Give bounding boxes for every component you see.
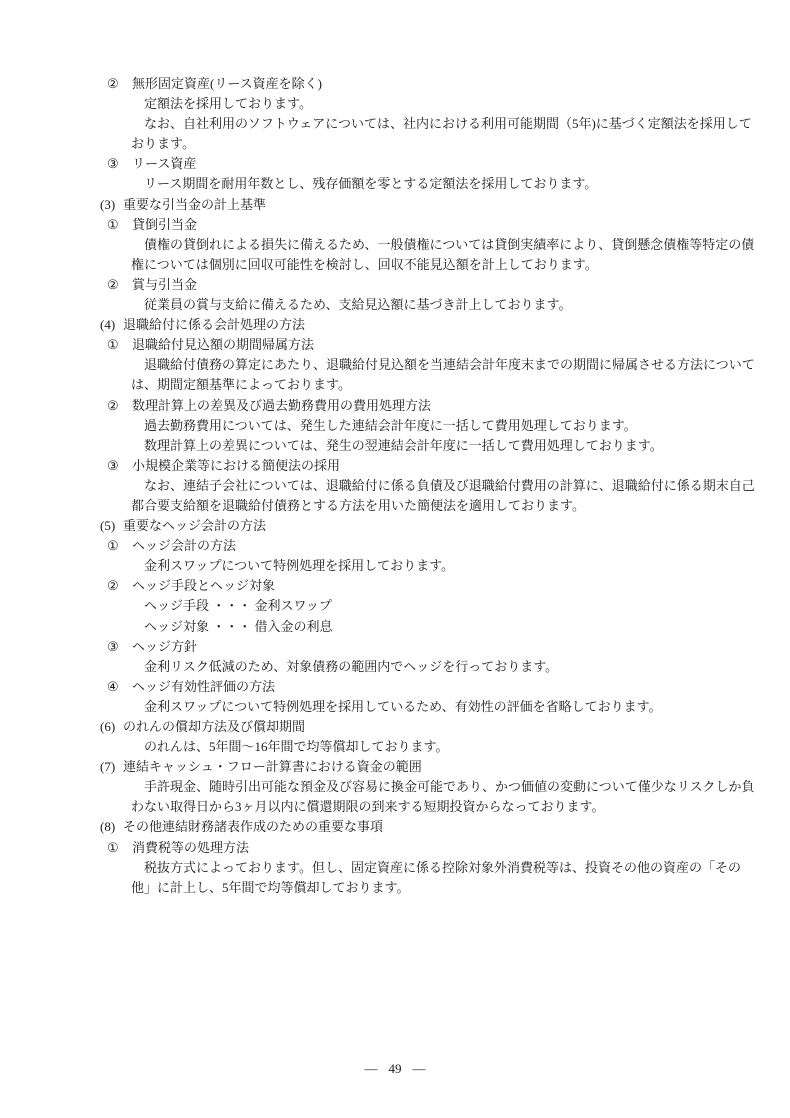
footer-dash-right: — [413, 1061, 426, 1076]
paragraph: 債権の貸倒れによる損失に備えるため、一般債権については貸倒実績率により、貸倒懸念… [131, 235, 757, 275]
paragraph: 金利スワップについて特例処理を採用しております。 [131, 556, 757, 576]
item-number-label: (7) [100, 757, 123, 777]
item-number-label: ③ [107, 456, 132, 476]
document-content: ②無形固定資産(リース資産を除く)定額法を採用しております。なお、自社利用のソフ… [0, 74, 790, 898]
item-text: のれんの償却方法及び償却期間 [123, 719, 305, 734]
paragraph: 従業員の賞与支給に備えるため、支給見込額に基づき計上しております。 [131, 295, 757, 315]
paragraph: 退職給付債務の算定にあたり、退職給付見込額を当連結会計年度末までの期間に帰属させ… [131, 355, 757, 395]
paragraph: 数理計算上の差異については、発生の翌連結会計年度に一括して費用処理しております。 [131, 436, 757, 456]
item-text: その他連結財務諸表作成のための重要な事項 [123, 819, 383, 834]
item-text: 賞与引当金 [132, 277, 197, 292]
item-text: リース期間を耐用年数とし、残存価額を零とする定額法を採用しております。 [144, 176, 597, 191]
paragraph: ヘッジ対象 ・・・ 借入金の利息 [131, 617, 757, 637]
item-text: 小規模企業等における簡便法の採用 [132, 458, 340, 473]
item-text: 貸倒引当金 [132, 217, 197, 232]
item-number-label: (5) [100, 516, 123, 536]
page-footer: —49— [0, 1059, 790, 1079]
item-text: 連結キャッシュ・フロー計算書における資金の範囲 [123, 759, 422, 774]
section-heading: (5)重要なヘッジ会計の方法 [0, 516, 790, 536]
item-text: ヘッジ有効性評価の方法 [132, 679, 275, 694]
item-text: ヘッジ手段とヘッジ対象 [132, 578, 275, 593]
sub-heading: ①貸倒引当金 [0, 215, 790, 235]
paragraph: 手許現金、随時引出可能な預金及び容易に換金可能であり、かつ価値の変動について僅少… [131, 777, 757, 817]
item-number-label: (8) [100, 817, 123, 837]
item-text: 消費税等の処理方法 [132, 840, 249, 855]
item-number-label: ② [107, 275, 132, 295]
item-text: 金利スワップについて特例処理を採用しております。 [144, 558, 454, 573]
footer-dash-left: — [365, 1061, 378, 1076]
item-number-label: (3) [100, 195, 123, 215]
sub-heading: ①退職給付見込額の期間帰属方法 [0, 335, 790, 355]
sub-heading: ②賞与引当金 [0, 275, 790, 295]
paragraph: ヘッジ手段 ・・・ 金利スワップ [131, 596, 757, 616]
item-text: 退職給付債務の算定にあたり、退職給付見込額を当連結会計年度末までの期間に帰属させ… [131, 357, 755, 392]
item-text: ヘッジ手段 ・・・ 金利スワップ [144, 598, 332, 613]
sub-heading: ②無形固定資産(リース資産を除く) [0, 74, 790, 94]
sub-heading: ③ヘッジ方針 [0, 637, 790, 657]
item-text: 重要な引当金の計上基準 [123, 197, 266, 212]
item-number-label: ③ [107, 637, 132, 657]
sub-heading: ①消費税等の処理方法 [0, 838, 790, 858]
section-heading: (8)その他連結財務諸表作成のための重要な事項 [0, 817, 790, 837]
page-number: 49 [389, 1061, 402, 1076]
section-heading: (6)のれんの償却方法及び償却期間 [0, 717, 790, 737]
item-text: 定額法を採用しております。 [144, 96, 312, 111]
item-number-label: ④ [107, 677, 132, 697]
sub-heading: ①ヘッジ会計の方法 [0, 536, 790, 556]
item-text: 金利リスク低減のため、対象債務の範囲内でヘッジを行っております。 [144, 659, 558, 674]
paragraph: のれんは、5年間～16年間で均等償却しております。 [131, 737, 757, 757]
sub-heading: ②数理計算上の差異及び過去勤務費用の費用処理方法 [0, 396, 790, 416]
item-text: のれんは、5年間～16年間で均等償却しております。 [144, 739, 448, 754]
paragraph: 金利スワップについて特例処理を採用しているため、有効性の評価を省略しております。 [131, 697, 757, 717]
item-text: 無形固定資産(リース資産を除く) [132, 76, 322, 91]
paragraph: 金利リスク低減のため、対象債務の範囲内でヘッジを行っております。 [131, 657, 757, 677]
paragraph: 過去勤務費用については、発生した連結会計年度に一括して費用処理しております。 [131, 416, 757, 436]
item-text: ヘッジ方針 [132, 639, 197, 654]
item-text: なお、連結子会社については、退職給付に係る負債及び退職給付費用の計算に、退職給付… [131, 478, 755, 513]
item-number-label: ① [107, 536, 132, 556]
section-heading: (4)退職給付に係る会計処理の方法 [0, 315, 790, 335]
sub-heading: ③小規模企業等における簡便法の採用 [0, 456, 790, 476]
paragraph: なお、連結子会社については、退職給付に係る負債及び退職給付費用の計算に、退職給付… [131, 476, 757, 516]
item-number-label: ① [107, 335, 132, 355]
sub-heading: ③リース資産 [0, 154, 790, 174]
item-text: 税抜方式によっております。但し、固定資産に係る控除対象外消費税等は、投資その他の… [131, 860, 741, 895]
section-heading: (7)連結キャッシュ・フロー計算書における資金の範囲 [0, 757, 790, 777]
item-number-label: (4) [100, 315, 123, 335]
item-text: なお、自社利用のソフトウェアについては、社内における利用可能期間（5年)に基づく… [131, 116, 752, 151]
paragraph: 定額法を採用しております。 [131, 94, 757, 114]
sub-heading: ②ヘッジ手段とヘッジ対象 [0, 576, 790, 596]
item-text: 手許現金、随時引出可能な預金及び容易に換金可能であり、かつ価値の変動について僅少… [131, 779, 754, 814]
item-text: 金利スワップについて特例処理を採用しているため、有効性の評価を省略しております。 [144, 699, 662, 714]
item-number-label: ② [107, 576, 132, 596]
item-text: 数理計算上の差異及び過去勤務費用の費用処理方法 [132, 398, 431, 413]
item-text: 数理計算上の差異については、発生の翌連結会計年度に一括して費用処理しております。 [144, 438, 663, 453]
item-text: ヘッジ会計の方法 [132, 538, 236, 553]
item-number-label: ② [107, 74, 132, 94]
section-heading: (3)重要な引当金の計上基準 [0, 195, 790, 215]
item-number-label: ① [107, 838, 132, 858]
item-text: 重要なヘッジ会計の方法 [123, 518, 266, 533]
item-text: 退職給付見込額の期間帰属方法 [132, 337, 314, 352]
sub-heading: ④ヘッジ有効性評価の方法 [0, 677, 790, 697]
item-number-label: ② [107, 396, 132, 416]
item-text: リース資産 [132, 156, 196, 171]
paragraph: なお、自社利用のソフトウェアについては、社内における利用可能期間（5年)に基づく… [131, 114, 757, 154]
paragraph: 税抜方式によっております。但し、固定資産に係る控除対象外消費税等は、投資その他の… [131, 858, 757, 898]
item-number-label: ① [107, 215, 132, 235]
item-number-label: ③ [107, 154, 132, 174]
paragraph: リース期間を耐用年数とし、残存価額を零とする定額法を採用しております。 [131, 174, 757, 194]
item-text: ヘッジ対象 ・・・ 借入金の利息 [144, 619, 333, 634]
item-text: 退職給付に係る会計処理の方法 [123, 317, 305, 332]
document-page: ②無形固定資産(リース資産を除く)定額法を採用しております。なお、自社利用のソフ… [0, 0, 790, 1118]
item-number-label: (6) [100, 717, 123, 737]
item-text: 過去勤務費用については、発生した連結会計年度に一括して費用処理しております。 [144, 418, 637, 433]
item-text: 従業員の賞与支給に備えるため、支給見込額に基づき計上しております。 [144, 297, 571, 312]
item-text: 債権の貸倒れによる損失に備えるため、一般債権については貸倒実績率により、貸倒懸念… [131, 237, 754, 272]
